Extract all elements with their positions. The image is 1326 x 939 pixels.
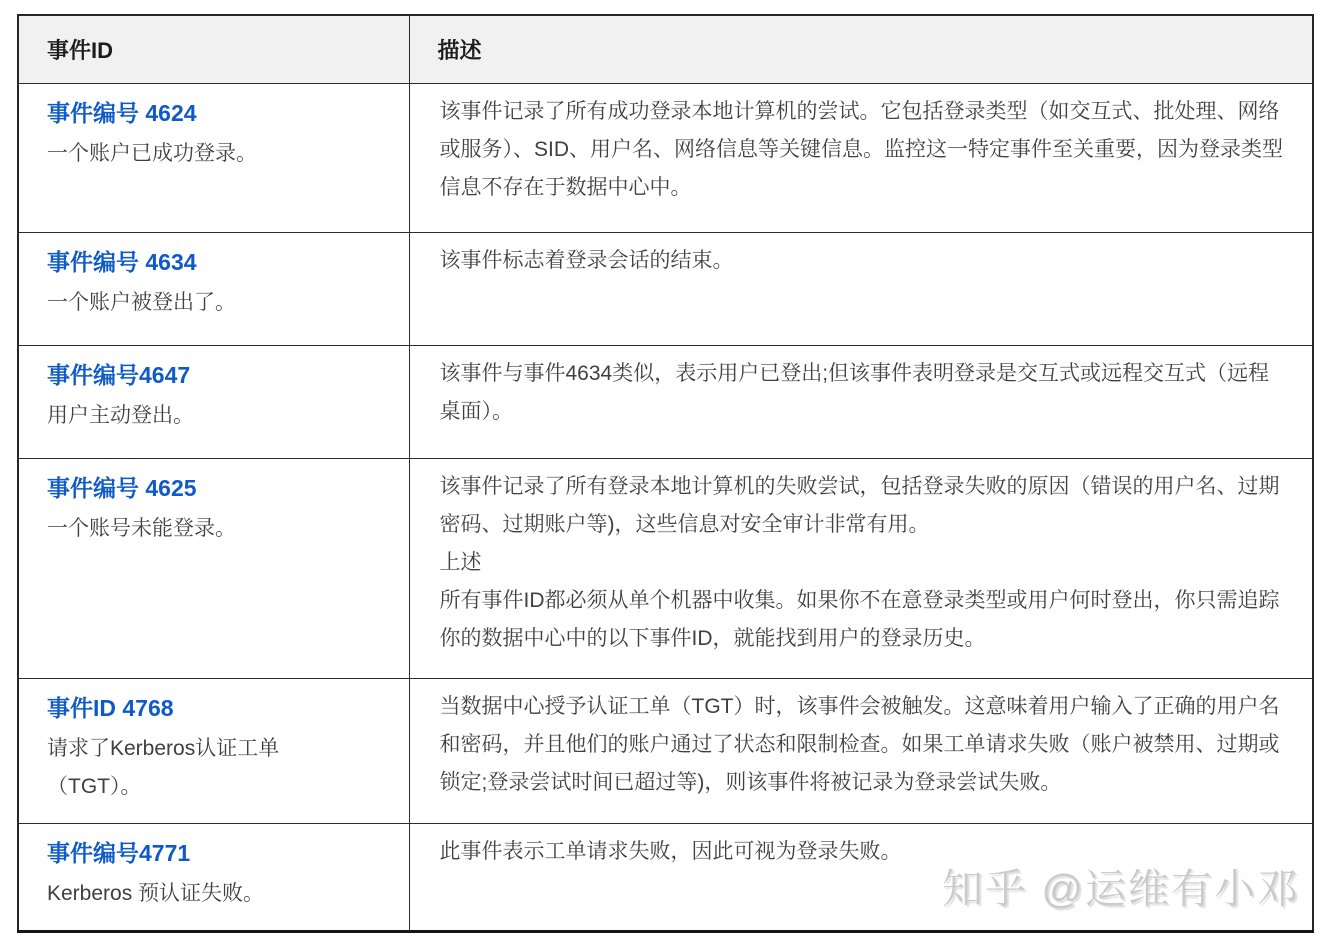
event-description: 该事件标志着登录会话的结束。	[409, 232, 1313, 345]
event-name: Kerberos 预认证失败。	[47, 875, 379, 913]
table-row: 事件编号4647 用户主动登出。 该事件与事件4634类似，表示用户已登出;但该…	[18, 345, 1313, 458]
event-id-link-4768[interactable]: 事件ID 4768	[47, 692, 174, 724]
event-id-cell: 事件编号 4634 一个账户被登出了。	[18, 232, 409, 345]
event-id-cell: 事件ID 4768 请求了Kerberos认证工单 （TGT）。	[18, 678, 409, 823]
event-description: 此事件表示工单请求失败，因此可视为登录失败。	[409, 823, 1313, 931]
event-id-link-4625[interactable]: 事件编号 4625	[47, 472, 197, 504]
event-name: 一个账户已成功登录。	[47, 135, 379, 173]
table-row: 事件编号 4625 一个账号未能登录。 该事件记录了所有登录本地计算机的失败尝试…	[18, 458, 1313, 678]
table-row: 事件ID 4768 请求了Kerberos认证工单 （TGT）。 当数据中心授予…	[18, 678, 1313, 823]
header-event-id: 事件ID	[18, 15, 409, 83]
event-description: 该事件与事件4634类似，表示用户已登出;但该事件表明登录是交互式或远程交互式（…	[409, 345, 1313, 458]
header-description: 描述	[409, 15, 1313, 83]
page: 事件ID 描述 事件编号 4624 一个账户已成功登录。 该事件记录了所有成功登…	[0, 0, 1326, 939]
event-id-cell: 事件编号4771 Kerberos 预认证失败。	[18, 823, 409, 931]
event-description: 该事件记录了所有成功登录本地计算机的尝试。它包括登录类型（如交互式、批处理、网络…	[409, 83, 1313, 232]
event-name: 请求了Kerberos认证工单 （TGT）。	[47, 730, 379, 806]
event-id-link-4634[interactable]: 事件编号 4634	[47, 246, 197, 278]
event-id-table: 事件ID 描述 事件编号 4624 一个账户已成功登录。 该事件记录了所有成功登…	[17, 14, 1314, 933]
event-description: 该事件记录了所有登录本地计算机的失败尝试，包括登录失败的原因（错误的用户名、过期…	[409, 458, 1313, 678]
event-id-cell: 事件编号4647 用户主动登出。	[18, 345, 409, 458]
event-name: 一个账户被登出了。	[47, 284, 379, 322]
event-name: 用户主动登出。	[47, 397, 379, 435]
header-row: 事件ID 描述	[18, 15, 1313, 83]
event-name: 一个账号未能登录。	[47, 510, 379, 548]
table-row: 事件编号 4624 一个账户已成功登录。 该事件记录了所有成功登录本地计算机的尝…	[18, 83, 1313, 232]
event-id-link-4647[interactable]: 事件编号4647	[47, 359, 190, 391]
table-row: 事件编号 4634 一个账户被登出了。 该事件标志着登录会话的结束。	[18, 232, 1313, 345]
event-id-cell: 事件编号 4625 一个账号未能登录。	[18, 458, 409, 678]
table-row: 事件编号4771 Kerberos 预认证失败。 此事件表示工单请求失败，因此可…	[18, 823, 1313, 931]
event-description: 当数据中心授予认证工单（TGT）时，该事件会被触发。这意味着用户输入了正确的用户…	[409, 678, 1313, 823]
event-id-link-4624[interactable]: 事件编号 4624	[47, 97, 197, 129]
event-id-cell: 事件编号 4624 一个账户已成功登录。	[18, 83, 409, 232]
event-id-link-4771[interactable]: 事件编号4771	[47, 837, 190, 869]
table-header: 事件ID 描述	[18, 15, 1313, 83]
